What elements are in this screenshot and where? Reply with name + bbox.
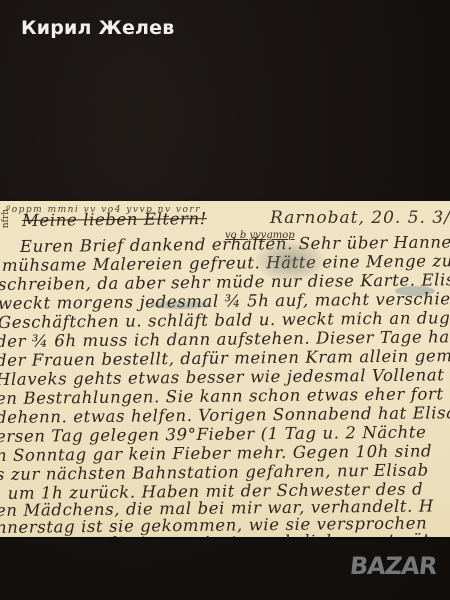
place-date: Rarnobat, 20. 5. 3/ <box>270 208 450 228</box>
bazar-watermark: BAZAR <box>349 552 438 580</box>
listing-photo: Кирил Желев nfrh ºoppm mmni vv vo4 yvvp … <box>0 0 450 600</box>
handwritten-postcard: nfrh ºoppm mmni vv vo4 yvvp nv vorr Rarn… <box>0 201 450 537</box>
handwriting-line: Meine lieben Eltern! <box>22 209 207 230</box>
seller-name-overlay: Кирил Желев <box>21 17 174 39</box>
